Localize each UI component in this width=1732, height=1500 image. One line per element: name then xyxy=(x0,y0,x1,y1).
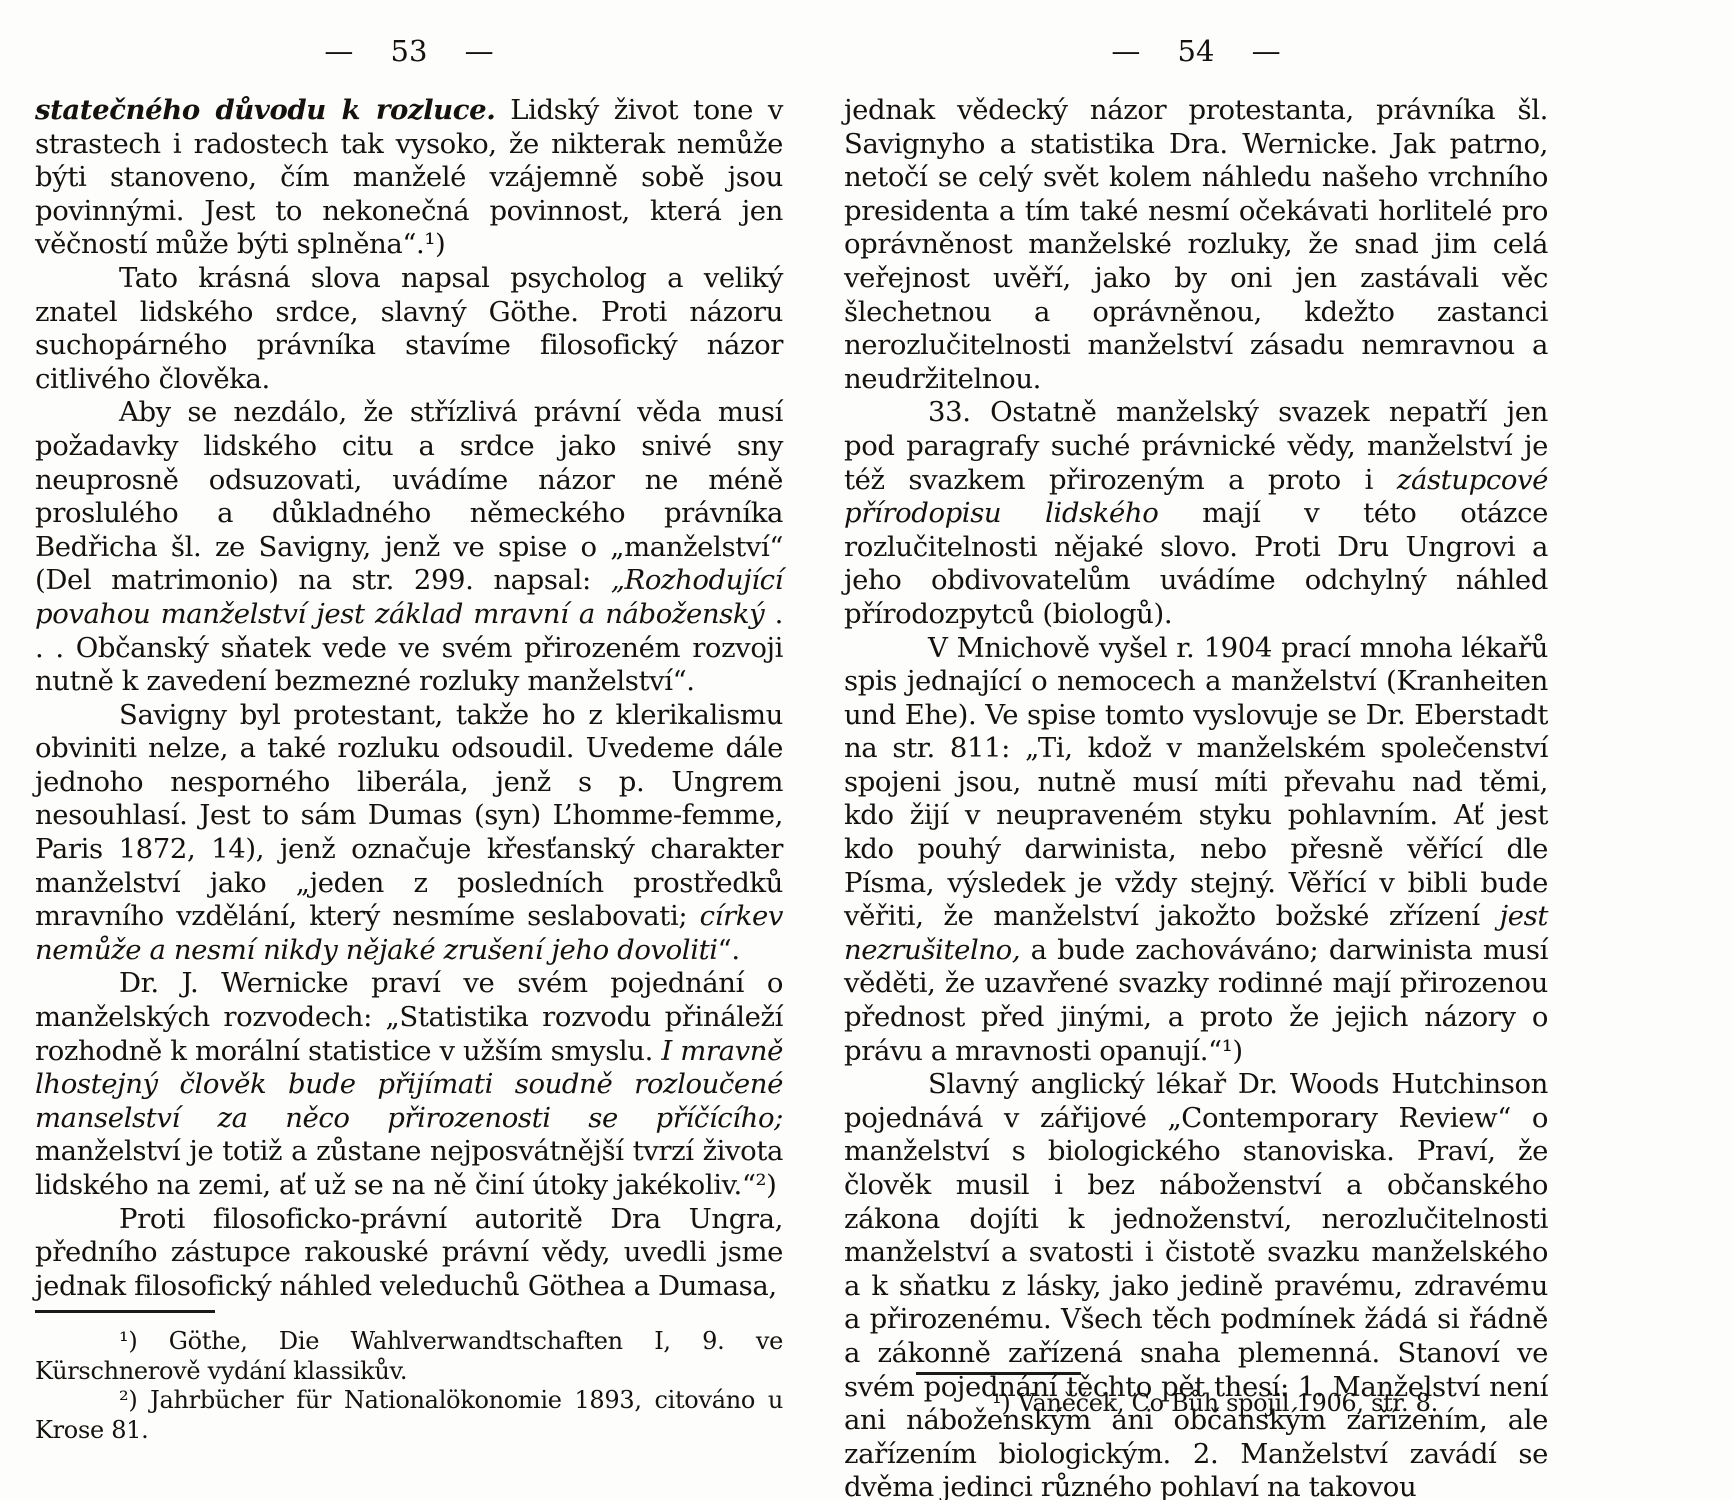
footnote-53-1: ¹) Göthe, Die Wahlverwandtschaften I, 9.… xyxy=(35,1327,783,1386)
p54-2: 33. Ostatně manželský svazek nepatří jen… xyxy=(844,396,1548,631)
footnote-divider xyxy=(916,1372,1081,1375)
page-body: statečného důvodu k rozluce. Lidský živo… xyxy=(35,94,783,1303)
page-53: — 53 — statečného důvodu k rozluce. Lids… xyxy=(35,0,783,1500)
footnote-54-1: ¹) Vaněček, Co Bůh spojil 1906, str. 8. xyxy=(916,1389,1544,1419)
p53-5: Dr. J. Wernicke praví ve svém pojednání … xyxy=(35,967,783,1202)
p53-4: Savigny byl protestant, takže ho z kleri… xyxy=(35,699,783,968)
footnotes-section: ¹) Vaněček, Co Bůh spojil 1906, str. 8. xyxy=(916,1372,1544,1419)
page-body: jednak vědecký názor protestanta, právní… xyxy=(844,94,1548,1500)
page-number-header: — 53 — xyxy=(35,34,783,68)
p54-4: Slavný anglický lékař Dr. Woods Hutchins… xyxy=(844,1068,1548,1500)
footnotes-section: ¹) Göthe, Die Wahlverwandtschaften I, 9.… xyxy=(35,1310,783,1445)
p53-3: Aby se nezdálo, že střízlivá právní věda… xyxy=(35,396,783,698)
p53-1: statečného důvodu k rozluce. Lidský živo… xyxy=(35,94,783,262)
p54-1: jednak vědecký názor protestanta, právní… xyxy=(844,94,1548,396)
footnote-list: ¹) Vaněček, Co Bůh spojil 1906, str. 8. xyxy=(916,1389,1544,1419)
footnote-divider xyxy=(35,1310,215,1313)
p53-6: Proti filosoficko-právní autoritě Dra Un… xyxy=(35,1203,783,1304)
p54-3: V Mnichově vyšel r. 1904 prací mnoha lék… xyxy=(844,632,1548,1069)
book-spread-scan: { "document": { "kind": "scanned-book-pa… xyxy=(0,0,1732,1500)
footnote-53-2: ²) Jahrbücher für Nationalökonomie 1893,… xyxy=(35,1386,783,1445)
footnote-list: ¹) Göthe, Die Wahlverwandtschaften I, 9.… xyxy=(35,1327,783,1445)
page-number-header: — 54 — xyxy=(844,34,1548,68)
page-54: — 54 — jednak vědecký názor protestanta,… xyxy=(844,0,1548,1500)
p53-2: Tato krásná slova napsal psycholog a vel… xyxy=(35,262,783,396)
